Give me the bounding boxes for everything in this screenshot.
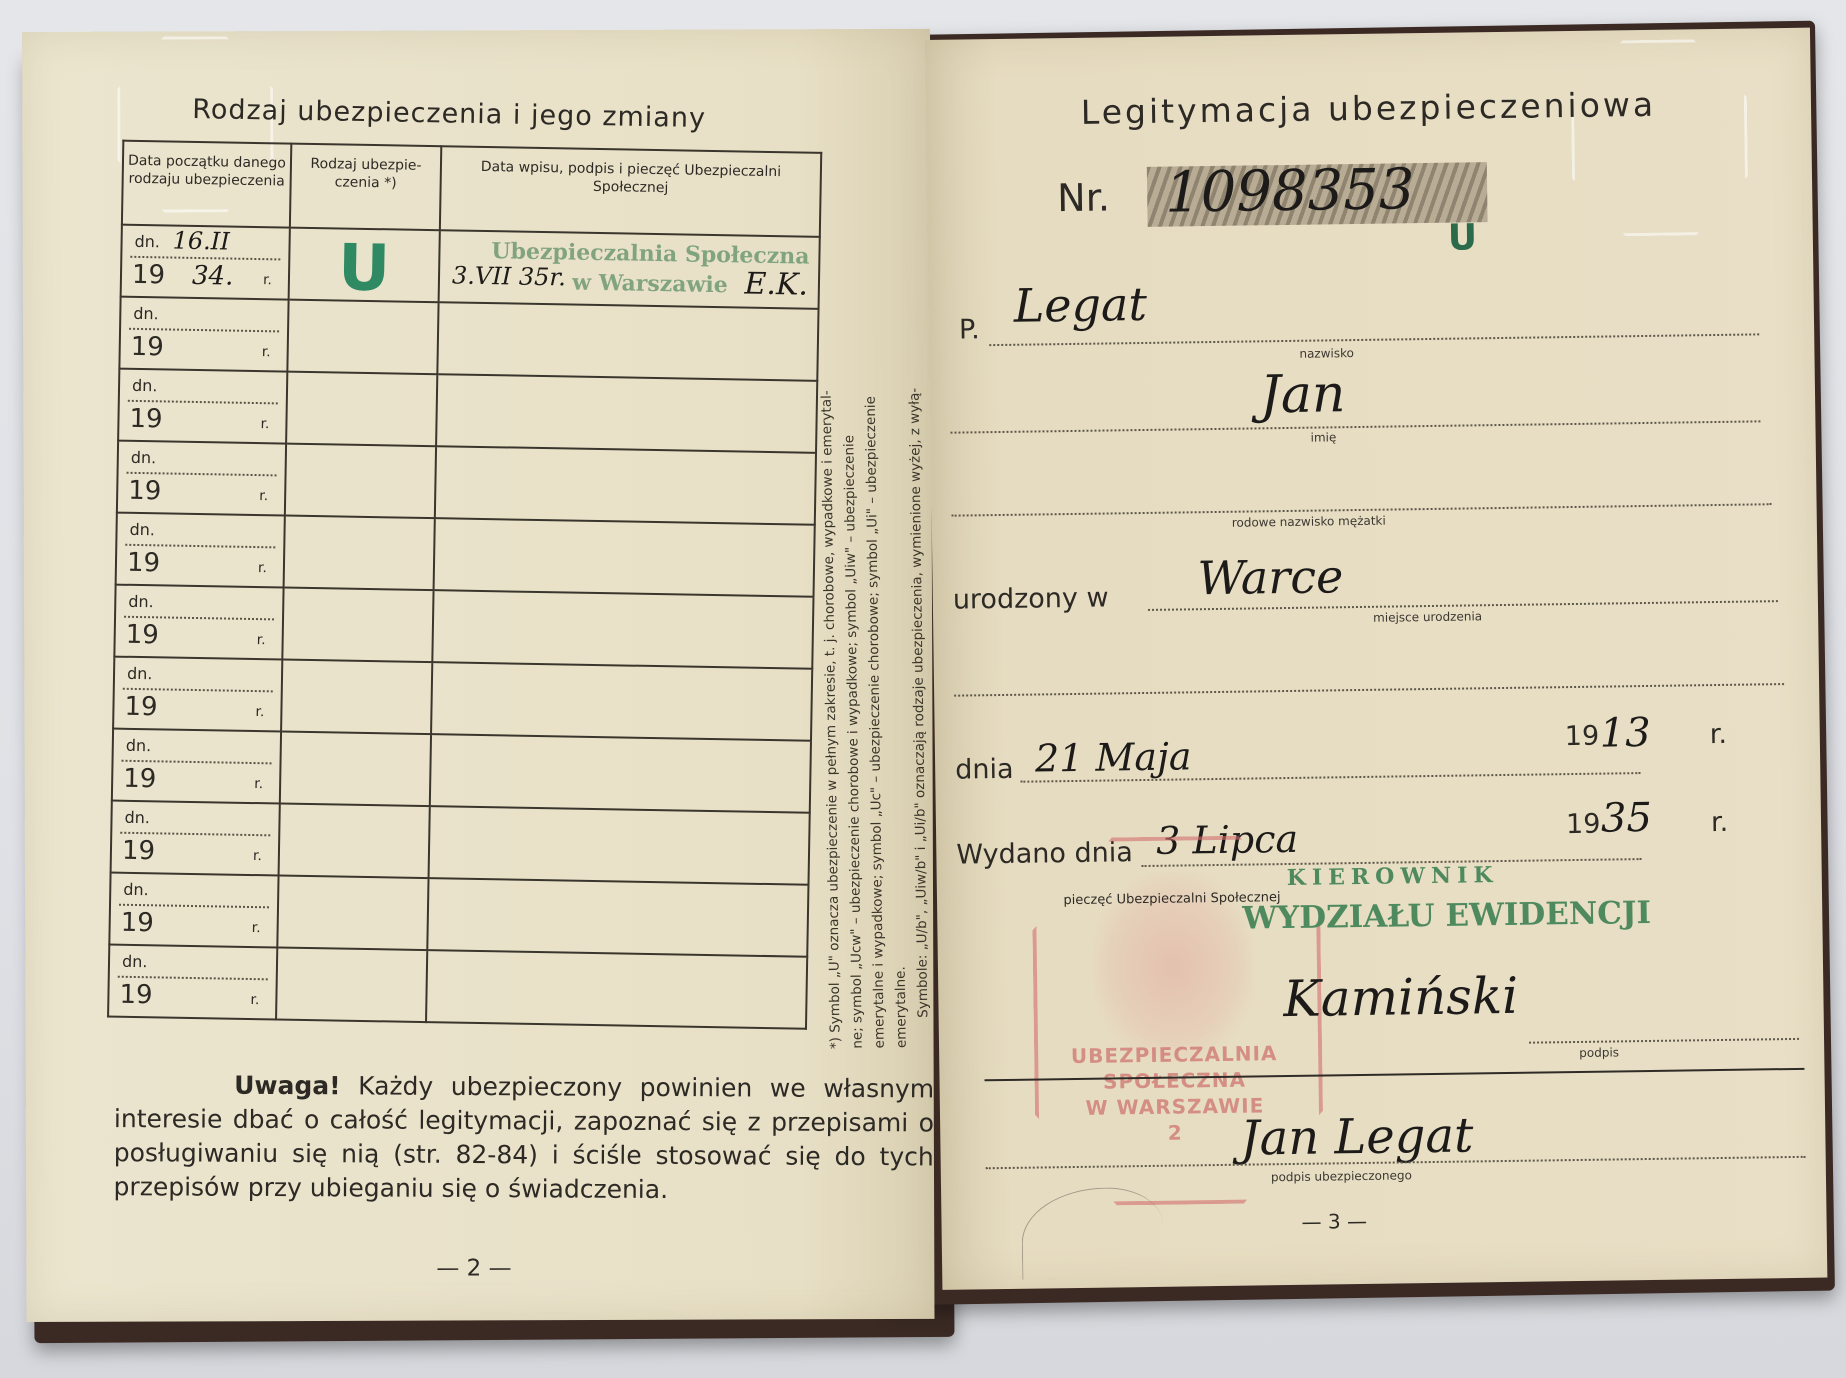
number-label: Nr. [1057, 175, 1110, 220]
year-value: 34. [192, 261, 234, 292]
entry-cell [426, 950, 807, 1029]
table-row: dn.19r. [116, 513, 815, 597]
day-label: dn. [128, 592, 154, 611]
insurance-type-cell [280, 732, 431, 807]
year-suffix: r. [260, 416, 269, 432]
birth-date-suffix: r. [1710, 719, 1728, 750]
table-row: dn.19r. [108, 945, 807, 1029]
entry-cell: Ubezpieczalnia Społecznaw Warszawie3.VII… [439, 230, 820, 309]
holder-signature-label: podpis ubezpieczonego [1271, 1168, 1412, 1184]
year-suffix: r. [262, 344, 271, 360]
year-prefix: 19 [122, 836, 156, 867]
number-value: 1098353 [1165, 157, 1415, 225]
column-header: Data początku danego rodzaju ubezpieczen… [122, 141, 291, 228]
start-date-cell: dn.19r. [113, 657, 282, 732]
day-label: dn. [126, 736, 152, 755]
entry-cell [430, 734, 811, 813]
surname-value: Legat [1013, 277, 1147, 333]
start-date-cell: dn.19r. [116, 513, 285, 588]
day-label: dn. [134, 232, 160, 251]
insurance-type-mark: U [1448, 217, 1478, 258]
table-row: dn.19r. [119, 297, 818, 381]
start-date-cell: dn.19r. [111, 801, 280, 876]
day-value: 16.II [172, 227, 230, 256]
entry-date: 3.VII 35r. [452, 261, 566, 291]
start-date-cell: dn.16.II1934.r. [121, 225, 290, 300]
table-row: dn.19r. [114, 585, 813, 669]
official-title-line1: KIEROWNIK [1287, 862, 1499, 891]
entry-cell [434, 518, 815, 597]
year-suffix: r. [252, 920, 261, 936]
insurance-type-cell [276, 947, 427, 1022]
entry-cell [431, 662, 812, 741]
notice: Uwaga! Każdy ubezpieczony powinien we wł… [114, 1068, 935, 1208]
page-number: — 3 — [1301, 1209, 1367, 1234]
year-prefix: 19 [124, 692, 158, 723]
day-label: dn. [131, 448, 157, 467]
year-prefix: 19 [128, 476, 162, 507]
start-date-cell: dn.19r. [108, 945, 277, 1020]
table-row: dn.19r. [117, 441, 816, 525]
insurance-type-cell: U [289, 228, 440, 303]
start-date-cell: dn.19r. [117, 441, 286, 516]
year-suffix: r. [258, 560, 267, 576]
birthplace-value: Warce [1197, 549, 1343, 605]
entry-cell [429, 806, 810, 885]
first-name-value: Jan [1260, 364, 1346, 425]
page-number: — 2 — [436, 1255, 511, 1281]
day-label: dn. [132, 376, 158, 395]
entry-cell [436, 374, 817, 453]
surname-label: nazwisko [1299, 346, 1354, 361]
year-prefix: 19 [119, 980, 153, 1011]
year-prefix: 19 [127, 548, 161, 579]
day-label: dn. [123, 880, 149, 899]
number-box: 1098353 [1147, 162, 1488, 227]
first-name-label: imię [1310, 430, 1336, 444]
day-label: dn. [124, 808, 150, 827]
entry-cell [427, 878, 808, 957]
year-suffix: r. [255, 704, 264, 720]
year-prefix: 19 [125, 620, 159, 651]
left-page: Rodzaj ubezpieczenia i jego zmiany Data … [22, 29, 934, 1322]
insurance-type-cell [284, 516, 435, 591]
embossed-seal-icon [1570, 39, 1749, 237]
year-suffix: r. [259, 488, 268, 504]
dotted-line [954, 683, 1784, 697]
right-page: Legitymacja ubezpieczeniowa Nr. 1098353 … [925, 28, 1827, 1290]
year-suffix: r. [263, 272, 272, 288]
insurance-type-cell [287, 300, 438, 375]
start-date-cell: dn.19r. [118, 369, 287, 444]
dotted-line [1529, 1038, 1799, 1044]
day-label: dn. [129, 520, 155, 539]
start-date-cell: dn.19r. [112, 729, 281, 804]
table-row: dn.19r. [112, 729, 811, 813]
insurance-type-cell [277, 875, 428, 950]
birth-date-prefix: dnia [955, 754, 1014, 786]
year-suffix: r. [253, 848, 262, 864]
insurance-type-value: U [338, 231, 391, 306]
column-header: Data wpisu, podpis i pieczęć Ubezpieczal… [440, 146, 821, 237]
notice-heading: Uwaga! [234, 1071, 341, 1101]
year-suffix: r. [250, 992, 259, 1008]
year-prefix: 19 [131, 332, 165, 363]
seal-text-line: UBEZPIECZALNIA [1044, 1040, 1304, 1070]
entry-cell [435, 446, 816, 525]
entry-cell [432, 590, 813, 669]
entry-initials: E.K. [744, 267, 808, 303]
year-prefix: 19 [120, 908, 154, 939]
year-suffix: r. [257, 632, 266, 648]
official-signature: Kamiński [1283, 967, 1519, 1028]
table-row: dn.16.II1934.r.UUbezpieczalnia Społeczna… [121, 225, 820, 309]
entry-cell [437, 302, 818, 381]
birthplace-prefix: urodzony w [953, 582, 1109, 615]
birth-year-prefix: 19 [1565, 721, 1600, 752]
birth-year-value: 13 [1599, 710, 1651, 757]
birth-date-value: 21 Maja [1035, 734, 1192, 780]
official-title-line2: WYDZIAŁU EWIDENCJI [1242, 895, 1651, 937]
holder-signature: Jan Legat [1240, 1107, 1474, 1166]
issue-year-value: 35 [1601, 795, 1653, 842]
dotted-line [950, 420, 1760, 433]
column-header: Rodzaj ubezpie-czenia *) [290, 144, 441, 231]
table-row: dn.19r. [113, 657, 812, 741]
insurance-type-cell [285, 444, 436, 519]
birthplace-label: miejsce urodzenia [1373, 609, 1482, 625]
year-prefix: 19 [123, 764, 157, 795]
day-label: dn. [127, 664, 153, 683]
year-prefix: 19 [129, 404, 163, 435]
issue-date-suffix: r. [1711, 807, 1729, 838]
start-date-cell: dn.19r. [109, 873, 278, 948]
official-signature-label: podpis [1579, 1045, 1619, 1060]
insurance-type-cell [286, 372, 437, 447]
insurance-type-cell [279, 803, 430, 878]
table-row: dn.19r. [109, 873, 808, 957]
day-label: dn. [133, 304, 159, 323]
dotted-line [989, 333, 1759, 346]
insurance-type-cell [282, 588, 433, 663]
issue-year-prefix: 19 [1566, 809, 1601, 840]
maiden-name-label: rodowe nazwisko mężatki [1232, 514, 1386, 530]
table-row: dn.19r. [118, 369, 817, 453]
start-date-cell: dn.19r. [114, 585, 283, 660]
pencil-mark [1021, 1187, 1163, 1280]
surname-prefix: P. [959, 314, 980, 345]
year-suffix: r. [254, 776, 263, 792]
day-label: dn. [122, 952, 148, 971]
table-row: dn.19r. [111, 801, 810, 885]
year-prefix: 19 [132, 260, 166, 291]
insurance-table: Data początku danego rodzaju ubezpieczen… [107, 140, 822, 1030]
insurance-type-cell [281, 660, 432, 735]
start-date-cell: dn.19r. [119, 297, 288, 372]
seal-text-line: SPOŁECZNA [1044, 1066, 1304, 1096]
